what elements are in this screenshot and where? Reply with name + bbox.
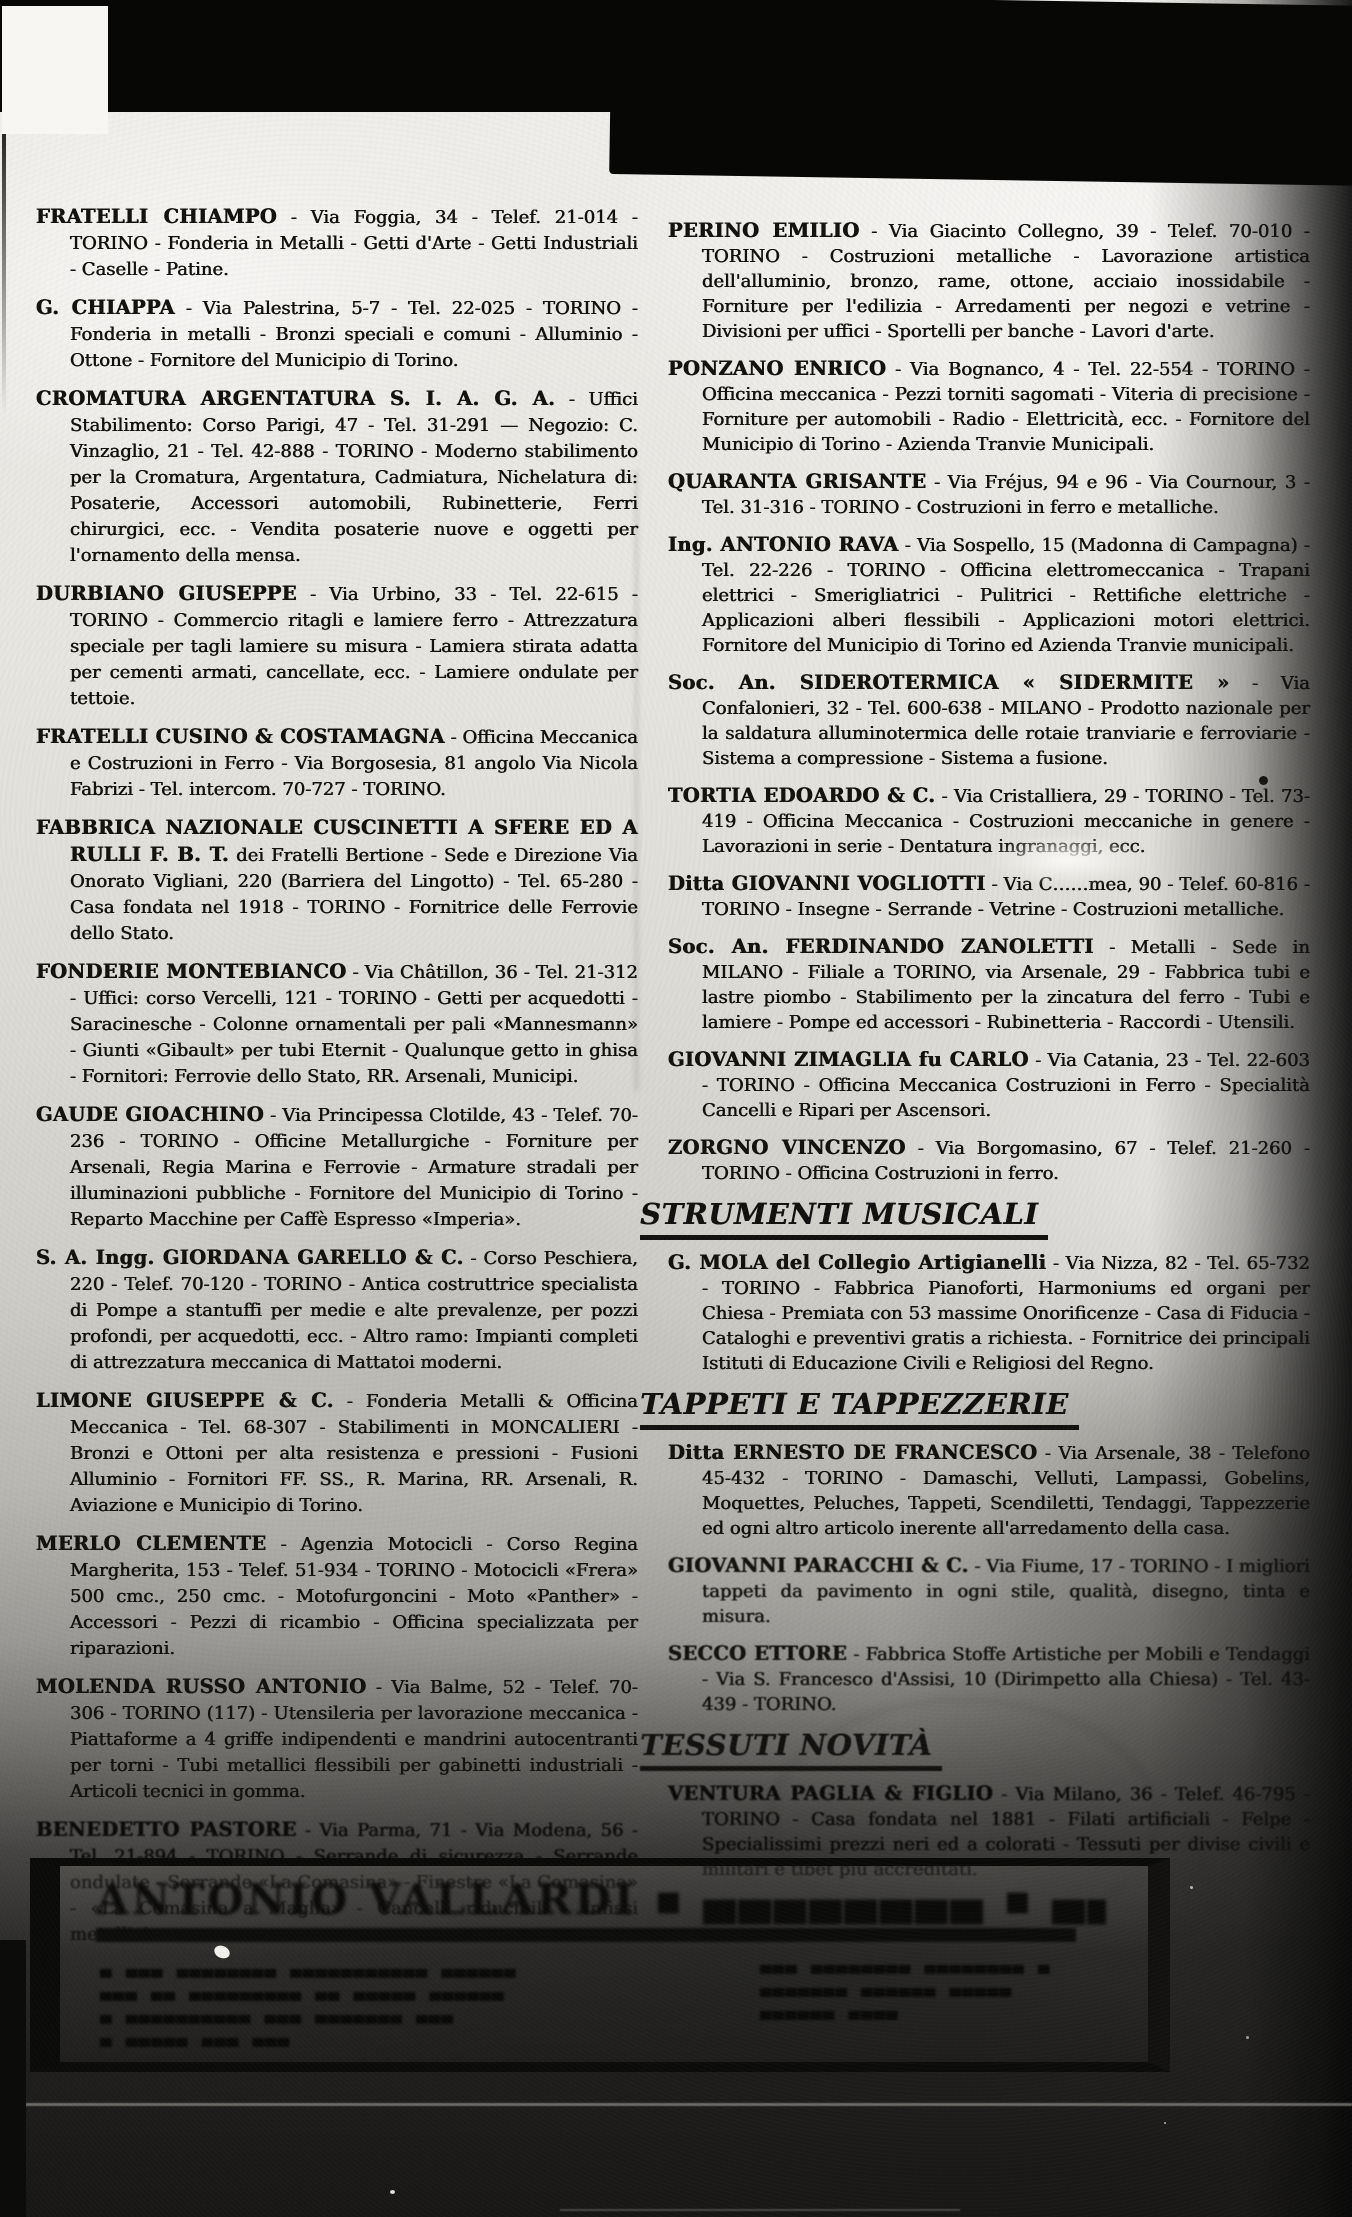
section-header: STRUMENTI MUSICALI [640,1198,1048,1240]
scanned-directory-page: FRATELLI CHIAMPO - Via Foggia, 34 - Tele… [0,0,1352,2217]
entry-name: CROMATURA ARGENTATURA S. I. A. G. A. [36,387,555,410]
ad-text-line: ▄▄▄▄▄▄ ▄▄▄▄ [760,2000,1100,2023]
entry-name: Soc. An. FERDINANDO ZANOLETTI [668,935,1094,958]
scratch-line [0,2103,1352,2106]
ad-text-right: ▄▄▄ ▄▄▄▄▄▄▄▄ ▄▄▄▄▄▄▄▄ ▄▄▄▄▄▄▄▄ ▄▄▄▄▄▄ ▄▄… [760,1954,1100,2023]
ad-text-line: ▄▄▄ ▄▄ ▄▄▄▄▄▄▄▄▄ ▄▄ ▄▄▄▄▄ ▄▄▄▄▄▄ [100,1981,700,2004]
entry-name: PERINO EMILIO [668,219,860,242]
scan-bottom-left-edge [0,1940,26,2217]
directory-entry: PONZANO ENRICO - Via Bognanco, 4 - Tel. … [668,356,1310,457]
entry-name: ZORGNO VINCENZO [668,1136,906,1159]
entry-name: GIOVANNI PARACCHI & C. [668,1554,969,1577]
entry-name: MOLENDA RUSSO ANTONIO [36,1675,367,1698]
directory-entry: DURBIANO GIUSEPPE - Via Urbino, 33 - Tel… [36,581,638,712]
directory-entry: Ing. ANTONIO RAVA - Via Sospello, 15 (Ma… [668,532,1310,658]
right-column: PERINO EMILIO - Via Giacinto Collegno, 3… [668,218,1310,1894]
directory-entry: Soc. An. SIDEROTERMICA « SIDERMITE » - V… [668,670,1310,771]
ad-text-line: ▄ ▄▄▄▄▄ ▄▄▄ ▄▄▄ [100,2027,700,2050]
scan-top-band-right [609,0,1352,186]
paper-speck [1246,2036,1249,2039]
directory-entry: GAUDE GIOACHINO - Via Principessa Clotil… [36,1102,638,1233]
ad-text-line: ▄▄▄▄▄▄▄ ▄▄▄▄▄▄ ▄▄▄▄▄ [760,1977,1100,2000]
left-column: FRATELLI CHIAMPO - Via Foggia, 34 - Tele… [36,204,638,1960]
entry-name: PONZANO ENRICO [668,357,886,380]
directory-entry: FABBRICA NAZIONALE CUSCINETTI A SFERE ED… [36,815,638,947]
section-header: TESSUTI NOVITÀ [640,1729,942,1771]
directory-entry: FRATELLI CUSINO & COSTAMAGNA - Officina … [36,724,638,803]
directory-entry: GIOVANNI ZIMAGLIA fu CARLO - Via Catania… [668,1047,1310,1123]
entry-name: GAUDE GIOACHINO [36,1103,264,1126]
directory-entry: MERLO CLEMENTE - Agenzia Motocicli - Cor… [36,1531,638,1662]
entry-name: Ditta ERNESTO DE FRANCESCO [668,1441,1037,1464]
advertisement-box: ANTONIO VALLARDI ▪ ▄▄▄▄▄▄▄▄ ▪ ▄▄▄▄▄▄ ▄ ▄… [30,1858,1170,2072]
directory-entry: PERINO EMILIO - Via Giacinto Collegno, 3… [668,218,1310,344]
ad-text-line: ▄▄▄ ▄▄▄▄▄▄▄▄ ▄▄▄▄▄▄▄▄ ▄ [760,1954,1100,1977]
directory-entry: S. A. Ingg. GIORDANA GARELLO & C. - Cors… [36,1245,638,1376]
entry-name: QUARANTA GRISANTE [668,470,926,493]
entry-name: Ing. ANTONIO RAVA [668,533,899,556]
entry-name: MERLO CLEMENTE [36,1532,266,1555]
directory-entry: QUARANTA GRISANTE - Via Fréjus, 94 e 96 … [668,469,1310,520]
ad-text-left: ▄ ▄▄▄ ▄▄▄▄▄▄▄▄ ▄▄▄▄▄▄▄▄▄▄▄ ▄▄▄▄▄▄▄▄▄ ▄▄ … [100,1958,700,2050]
paper-speck [390,2190,395,2194]
entry-name: FONDERIE MONTEBIANCO [36,960,347,983]
directory-entry: G. CHIAPPA - Via Palestrina, 5-7 - Tel. … [36,295,638,374]
exposure-blotch [985,834,1150,886]
entry-name: FRATELLI CUSINO & COSTAMAGNA [36,725,445,748]
entry-name: Ditta GIOVANNI VOGLIOTTI [668,872,986,895]
entry-name: G. CHIAPPA [36,296,175,319]
directory-entry: FRATELLI CHIAMPO - Via Foggia, 34 - Tele… [36,204,638,283]
entry-name: G. MOLA del Collegio Artigianelli [668,1251,1046,1274]
ad-text-line: ▄ ▄▄▄ ▄▄▄▄▄▄▄▄ ▄▄▄▄▄▄▄▄▄▄▄ ▄▄▄▄▄▄ [100,1958,700,1981]
entry-name: BENEDETTO PASTORE [36,1818,297,1841]
directory-entry: G. MOLA del Collegio Artigianelli - Via … [668,1250,1310,1376]
scan-edge-line [2,116,6,416]
ad-headline-rest: ▪ ▄▄▄▄▄▄▄▄ ▪ ▄▄▄▄▄▄ [637,1876,1106,1924]
paper-speck [1190,1886,1193,1889]
entry-name: GIOVANNI ZIMAGLIA fu CARLO [668,1048,1029,1071]
directory-entry: Soc. An. FERDINANDO ZANOLETTI - Metalli … [668,934,1310,1035]
directory-entry: SECCO ETTORE - Fabbrica Stoffe Artistich… [668,1641,1310,1717]
ad-headline: ANTONIO VALLARDI ▪ ▄▄▄▄▄▄▄▄ ▪ ▄▄▄▄▄▄ [96,1876,1106,1928]
entry-name: FRATELLI CHIAMPO [36,205,277,228]
directory-entry: LIMONE GIUSEPPE & C. - Fonderia Metalli … [36,1388,638,1519]
ad-headline-name: ANTONIO VALLARDI [96,1876,637,1924]
entry-name: S. A. Ingg. GIORDANA GARELLO & C. [36,1246,464,1269]
paper-speck [1164,2122,1166,2124]
ad-text-line: ▄ ▄▄▄▄▄▄▄▄▄▄ ▄▄▄ ▄▄▄▄▄▄▄ ▄▄▄ [100,2004,700,2027]
entry-name: VENTURA PAGLIA & FIGLIO [668,1782,993,1805]
entry-name: Soc. An. SIDEROTERMICA « SIDERMITE » [668,671,1230,694]
entry-name: TORTIA EDOARDO & C. [668,784,935,807]
directory-entry: Ditta ERNESTO DE FRANCESCO - Via Arsenal… [668,1440,1310,1541]
entry-name: SECCO ETTORE [668,1642,847,1665]
ad-headline-underline [96,1928,1076,1942]
entry-name: LIMONE GIUSEPPE & C. [36,1389,334,1412]
directory-entry: CROMATURA ARGENTATURA S. I. A. G. A. - U… [36,386,638,569]
directory-entry: ZORGNO VINCENZO - Via Borgomasino, 67 - … [668,1135,1310,1186]
ink-dot [1259,776,1268,785]
section-header: TAPPETI E TAPPEZZERIE [640,1388,1079,1430]
entry-text: - Uffici Stabilimento: Corso Parigi, 47 … [70,389,638,566]
directory-entry: FONDERIE MONTEBIANCO - Via Châtillon, 36… [36,959,638,1090]
scan-corner-cutout [2,6,108,134]
entry-name: DURBIANO GIUSEPPE [36,582,297,605]
light-streak [560,2209,960,2211]
directory-entry: GIOVANNI PARACCHI & C. - Via Fiume, 17 -… [668,1553,1310,1629]
directory-entry: MOLENDA RUSSO ANTONIO - Via Balme, 52 - … [36,1674,638,1805]
